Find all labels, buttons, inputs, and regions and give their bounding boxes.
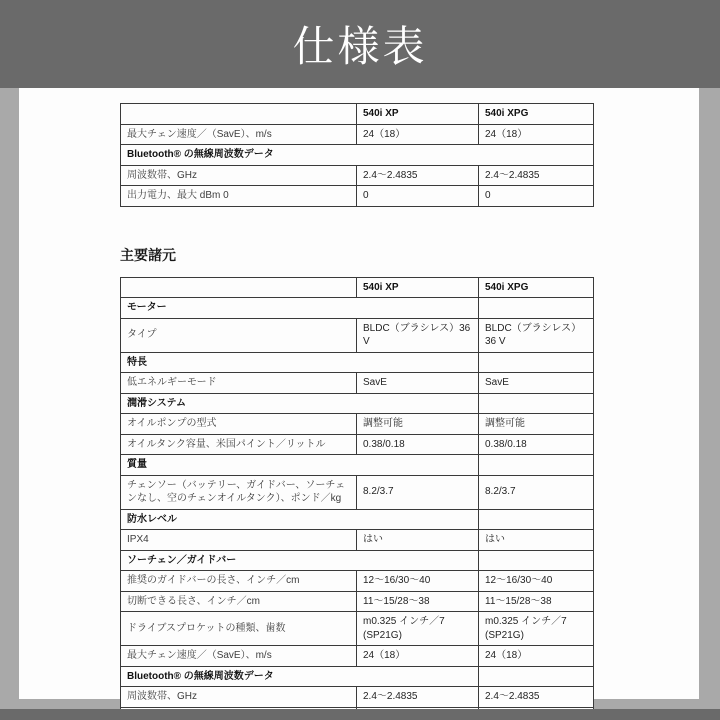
value-540i-xp: 2.4～2.4835: [357, 687, 479, 708]
model-column-header: 540i XP: [357, 277, 479, 298]
row-label: 低エネルギーモード: [121, 373, 357, 394]
value-540i-xpg: 8.2/3.7: [479, 475, 594, 509]
model-column-header: 540i XPG: [479, 277, 594, 298]
row-label: 最大チェン速度／（SavE）、m/s: [121, 124, 357, 145]
spec-row: 最大チェン速度／（SavE）、m/s24（18）24（18）: [121, 124, 594, 145]
spec-row: タイプBLDC（ブラシレス）36 VBLDC（ブラシレス）36 V: [121, 318, 594, 352]
empty-cell: [479, 393, 594, 414]
value-540i-xpg: BLDC（ブラシレス）36 V: [479, 318, 594, 352]
empty-cell: [479, 455, 594, 476]
section-row: 防水レベル: [121, 509, 594, 530]
value-540i-xp: BLDC（ブラシレス）36 V: [357, 318, 479, 352]
corner-cell: [121, 277, 357, 298]
section-label: Bluetooth® の無線周波数データ: [121, 145, 594, 166]
section-row: 質量: [121, 455, 594, 476]
section-row: Bluetooth® の無線周波数データ: [121, 145, 594, 166]
section-label: Bluetooth® の無線周波数データ: [121, 666, 479, 687]
spec-row: 出力電力、最大 dBm 000: [121, 186, 594, 207]
value-540i-xp: 12～16/30～40: [357, 571, 479, 592]
value-540i-xp: 0.38/0.18: [357, 434, 479, 455]
spec-row: 推奨のガイドバーの長さ、インチ／cm12～16/30～4012～16/30～40: [121, 571, 594, 592]
bottom-bar: [0, 709, 720, 720]
spec-table-main: 540i XP540i XPGモータータイプBLDC（ブラシレス）36 VBLD…: [120, 277, 594, 720]
section-label: 防水レベル: [121, 509, 479, 530]
spec-row: IPX4はいはい: [121, 530, 594, 551]
value-540i-xp: m0.325 インチ／7 (SP21G): [357, 612, 479, 646]
row-label: 周波数帯、GHz: [121, 687, 357, 708]
value-540i-xpg: 調整可能: [479, 414, 594, 435]
title-bar: 仕様表: [0, 0, 720, 88]
section-heading: 主要諸元: [120, 245, 699, 265]
model-column-header: 540i XPG: [479, 104, 594, 125]
spec-row: 切断できる長さ、インチ／cm11～15/28～3811～15/28～38: [121, 591, 594, 612]
row-label: IPX4: [121, 530, 357, 551]
section-label: モーター: [121, 298, 479, 319]
value-540i-xpg: 12～16/30～40: [479, 571, 594, 592]
value-540i-xp: SavE: [357, 373, 479, 394]
spec-row: オイルタンク容量、米国パイント／リットル0.38/0.180.38/0.18: [121, 434, 594, 455]
section-row: Bluetooth® の無線周波数データ: [121, 666, 594, 687]
spec-table-bluetooth: 540i XP540i XPG最大チェン速度／（SavE）、m/s24（18）2…: [120, 103, 594, 207]
spec-row: 最大チェン速度／（SavE）、m/s24（18）24（18）: [121, 646, 594, 667]
row-label: 最大チェン速度／（SavE）、m/s: [121, 646, 357, 667]
value-540i-xp: 24（18）: [357, 646, 479, 667]
value-540i-xp: 2.4～2.4835: [357, 165, 479, 186]
value-540i-xpg: はい: [479, 530, 594, 551]
value-540i-xpg: 2.4～2.4835: [479, 687, 594, 708]
value-540i-xpg: 11～15/28～38: [479, 591, 594, 612]
section-row: ソーチェン／ガイドバー: [121, 550, 594, 571]
empty-cell: [479, 550, 594, 571]
row-label: ドライブスプロケットの種類、歯数: [121, 612, 357, 646]
empty-cell: [479, 509, 594, 530]
section-label: ソーチェン／ガイドバー: [121, 550, 479, 571]
section-row: モーター: [121, 298, 594, 319]
section-row: 特長: [121, 352, 594, 373]
value-540i-xpg: 0.38/0.18: [479, 434, 594, 455]
model-column-header: 540i XP: [357, 104, 479, 125]
value-540i-xp: はい: [357, 530, 479, 551]
value-540i-xp: 24（18）: [357, 124, 479, 145]
row-label: チェンソー（バッテリー、ガイドバー、ソーチェンなし、空のチェンオイルタンク）、ポ…: [121, 475, 357, 509]
section-row: 潤滑システム: [121, 393, 594, 414]
row-label: 周波数帯、GHz: [121, 165, 357, 186]
value-540i-xp: 調整可能: [357, 414, 479, 435]
value-540i-xp: 8.2/3.7: [357, 475, 479, 509]
spec-row: 周波数帯、GHz2.4～2.48352.4～2.4835: [121, 165, 594, 186]
spec-row: ドライブスプロケットの種類、歯数m0.325 インチ／7 (SP21G)m0.3…: [121, 612, 594, 646]
value-540i-xpg: m0.325 インチ／7 (SP21G): [479, 612, 594, 646]
row-label: オイルポンプの型式: [121, 414, 357, 435]
value-540i-xpg: 24（18）: [479, 646, 594, 667]
value-540i-xpg: SavE: [479, 373, 594, 394]
empty-cell: [479, 298, 594, 319]
empty-cell: [479, 666, 594, 687]
spec-row: チェンソー（バッテリー、ガイドバー、ソーチェンなし、空のチェンオイルタンク）、ポ…: [121, 475, 594, 509]
section-label: 質量: [121, 455, 479, 476]
value-540i-xp: 11～15/28～38: [357, 591, 479, 612]
table-header-row: 540i XP540i XPG: [121, 277, 594, 298]
section-label: 潤滑システム: [121, 393, 479, 414]
section-label: 特長: [121, 352, 479, 373]
table-header-row: 540i XP540i XPG: [121, 104, 594, 125]
row-label: 推奨のガイドバーの長さ、インチ／cm: [121, 571, 357, 592]
value-540i-xpg: 2.4～2.4835: [479, 165, 594, 186]
value-540i-xp: 0: [357, 186, 479, 207]
row-label: 切断できる長さ、インチ／cm: [121, 591, 357, 612]
document-page: 540i XP540i XPG最大チェン速度／（SavE）、m/s24（18）2…: [19, 88, 699, 699]
row-label: 出力電力、最大 dBm 0: [121, 186, 357, 207]
corner-cell: [121, 104, 357, 125]
spec-row: 低エネルギーモードSavESavE: [121, 373, 594, 394]
spec-row: オイルポンプの型式調整可能調整可能: [121, 414, 594, 435]
spec-row: 周波数帯、GHz2.4～2.48352.4～2.4835: [121, 687, 594, 708]
value-540i-xpg: 0: [479, 186, 594, 207]
row-label: タイプ: [121, 318, 357, 352]
page-title: 仕様表: [292, 14, 427, 74]
row-label: オイルタンク容量、米国パイント／リットル: [121, 434, 357, 455]
value-540i-xpg: 24（18）: [479, 124, 594, 145]
empty-cell: [479, 352, 594, 373]
